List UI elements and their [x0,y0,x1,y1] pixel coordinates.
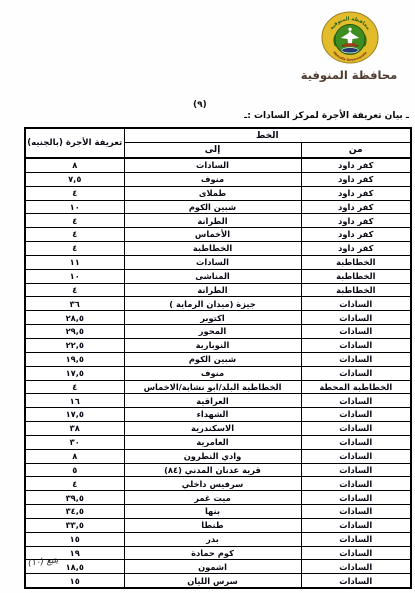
table-row: الساداتسرفيس داخلي٤ [25,477,411,491]
cell-from: كفر داود [301,158,411,172]
cell-to: الشهداء [124,408,301,422]
cell-to: الخطاطبة البلد/ابو نشابة/الاخماس [124,380,301,394]
governorate-title: محافظة المنوفية [288,68,410,82]
table-row: الساداتقرية عدنان المدني (٨٤)٥ [25,463,411,477]
cell-to: السادات [124,255,301,269]
cell-fare: ٤ [25,228,124,242]
cell-to: سرس الليان [124,574,301,588]
table-row: الساداتميت غمر٣٩,٥ [25,491,411,505]
table-row: الخطاطبةالطرانة٤ [25,283,411,297]
cell-fare: ٣٨ [25,422,124,436]
cell-fare: ٣٠ [25,435,124,449]
cell-from: كفر داود [301,242,411,256]
table-row: الساداتسرس الليان١٥ [25,574,411,588]
cell-to: بدر [124,532,301,546]
cell-from: السادات [301,435,411,449]
cell-from: السادات [301,449,411,463]
cell-fare: ١٥ [25,574,124,588]
cell-fare: ٢٨,٥ [25,311,124,325]
table-row: الساداتالشهداء١٧,٥ [25,408,411,422]
table-row: الساداتالعراقية١٦ [25,394,411,408]
cell-to: اشمون [124,560,301,574]
cell-to: الأخماس [124,228,301,242]
fare-table-header: الخط تعريفة الأجرة (بالجنيه) من إلى [25,128,411,158]
cell-to: طنطا [124,518,301,532]
cell-from: السادات [301,574,411,588]
cell-to: السادات [124,158,301,172]
header-to: إلى [124,143,301,159]
fare-table-body: كفر داودالسادات٨كفر داودمنوف٧,٥كفر داودط… [25,158,411,588]
cell-to: العراقية [124,394,301,408]
table-row: كفر داودالأخماس٤ [25,228,411,242]
table-row: الساداتوادي النطرون٨ [25,449,411,463]
table-row: الساداتبنها٣٤,٥ [25,505,411,519]
cell-fare: ١٧,٥ [25,366,124,380]
header-fare: تعريفة الأجرة (بالجنيه) [25,128,124,158]
cell-to: قرية عدنان المدني (٨٤) [124,463,301,477]
cell-fare: ٣٤,٥ [25,505,124,519]
cell-from: السادات [301,560,411,574]
cell-from: السادات [301,422,411,436]
header-line-group: الخط [124,128,411,143]
table-row: الساداتكوم حمادة١٩ [25,546,411,560]
table-row: كفر داودطملاى٤ [25,186,411,200]
statement-title: ـ بيان تعريفة الأجرة لمركز السادات :ـ [244,111,409,121]
cell-to: منوف [124,366,301,380]
cell-fare: ٢٩,٥ [25,325,124,339]
cell-from: كفر داود [301,200,411,214]
cell-fare: ٤ [25,214,124,228]
cell-from: السادات [301,352,411,366]
cell-to: المحور [124,325,301,339]
cell-fare: ١٩,٥ [25,352,124,366]
table-row: الساداتاكتوبر٢٨,٥ [25,311,411,325]
table-row: الساداتطنطا٣٣,٥ [25,518,411,532]
cell-fare: ٥ [25,463,124,477]
cell-fare: ١٠ [25,269,124,283]
cell-to: جيزة (ميدان الرماية ) [124,297,301,311]
cell-to: المناشى [124,269,301,283]
cell-fare: ١١ [25,255,124,269]
table-row: كفر داودشبين الكوم١٠ [25,200,411,214]
cell-from: السادات [301,518,411,532]
cell-from: السادات [301,408,411,422]
table-row: كفر داودمنوف٧,٥ [25,172,411,186]
cell-fare: ٣٩,٥ [25,491,124,505]
cell-fare: ١٧,٥ [25,408,124,422]
table-row: الساداتبدر١٥ [25,532,411,546]
cell-from: الخطاطبة [301,255,411,269]
cell-from: الخطاطبة المحطة [301,380,411,394]
table-row: الساداتالاسكندرية٣٨ [25,422,411,436]
cell-from: الخطاطبة [301,283,411,297]
cell-to: منوف [124,172,301,186]
cell-fare: ٢٢,٥ [25,338,124,352]
cell-to: ميت غمر [124,491,301,505]
cell-to: شبين الكوم [124,352,301,366]
cell-from: السادات [301,366,411,380]
cell-fare: ٨ [25,449,124,463]
cell-to: الاسكندرية [124,422,301,436]
cell-fare: ٧,٥ [25,172,124,186]
cell-fare: ٤ [25,283,124,297]
cell-from: الخطاطبة [301,269,411,283]
table-row: الخطاطبة المحطةالخطاطبة البلد/ابو نشابة/… [25,380,411,394]
table-row: الساداتمنوف١٧,٥ [25,366,411,380]
cell-from: كفر داود [301,228,411,242]
cell-from: السادات [301,491,411,505]
cell-from: السادات [301,311,411,325]
cell-from: كفر داود [301,214,411,228]
table-row: كفر داودالسادات٨ [25,158,411,172]
cell-to: النوبارية [124,338,301,352]
page-number: (٩) [193,100,207,110]
cell-fare: ١٦ [25,394,124,408]
cell-fare: ٤ [25,186,124,200]
table-row: كفر داودالخطاطبة٤ [25,242,411,256]
cell-from: السادات [301,532,411,546]
cell-to: الطرانة [124,214,301,228]
table-row: الساداتالمحور٢٩,٥ [25,325,411,339]
cell-fare: ٣٦ [25,297,124,311]
governorate-emblem-icon: محافظة المنوفية Monufia Governorate [321,11,379,64]
cell-from: السادات [301,477,411,491]
cell-to: سرفيس داخلي [124,477,301,491]
cell-to: الطرانة [124,283,301,297]
cell-from: السادات [301,325,411,339]
cell-to: الخطاطبة [124,242,301,256]
document-page: محافظة المنوفية Monufia Governorate [0,0,415,593]
table-row: الساداتاشمون١٨,٥ [25,560,411,574]
cell-from: السادات [301,546,411,560]
cell-from: السادات [301,297,411,311]
table-row: الساداتشبين الكوم١٩,٥ [25,352,411,366]
table-row: الساداتالعامرية٣٠ [25,435,411,449]
cell-from: السادات [301,505,411,519]
cell-from: كفر داود [301,172,411,186]
cell-from: السادات [301,394,411,408]
cell-fare: ٣٣,٥ [25,518,124,532]
cell-fare: ١٥ [25,532,124,546]
table-row: الخطاطبةالسادات١١ [25,255,411,269]
cell-fare: ٤ [25,242,124,256]
table-row: الخطاطبةالمناشى١٠ [25,269,411,283]
cell-to: العامرية [124,435,301,449]
table-row: كفر داودالطرانة٤ [25,214,411,228]
header-from: من [301,143,411,159]
cell-from: كفر داود [301,186,411,200]
cell-to: طملاى [124,186,301,200]
cell-to: بنها [124,505,301,519]
cell-fare: ٤ [25,477,124,491]
cell-to: كوم حمادة [124,546,301,560]
table-row: الساداتجيزة (ميدان الرماية )٣٦ [25,297,411,311]
cell-to: وادي النطرون [124,449,301,463]
cell-to: اكتوبر [124,311,301,325]
cell-fare: ٤ [25,380,124,394]
fare-table: الخط تعريفة الأجرة (بالجنيه) من إلى كفر … [24,127,412,589]
table-row: الساداتالنوبارية٢٢,٥ [25,338,411,352]
cell-from: السادات [301,463,411,477]
cell-to: شبين الكوم [124,200,301,214]
cell-from: السادات [301,338,411,352]
cell-fare: ١٠ [25,200,124,214]
cell-fare: ٨ [25,158,124,172]
